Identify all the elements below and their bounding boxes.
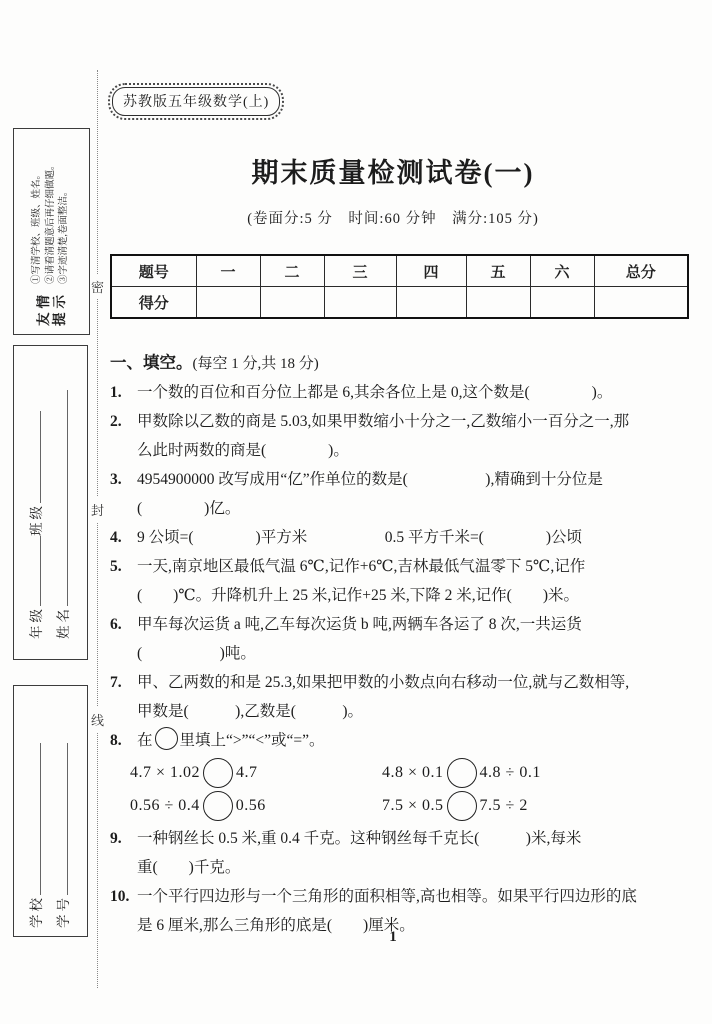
expression-left: 4.8 × 0.1 (382, 764, 444, 782)
blank-line (54, 743, 68, 895)
notice-items: ①写清学校、班级、姓名。 ②请看清题意后再仔细做题。 ③字迹清楚,卷面整洁。 (31, 160, 72, 284)
header-question-no: 题号 (111, 255, 196, 287)
question-text: ( )亿。 (137, 500, 240, 517)
name-row: 姓名 (50, 346, 77, 639)
score-cell (594, 287, 688, 319)
question-8: 8.在里填上“>”“<”或“=”。 4.7 × 1.024.7 4.8 × 0.… (110, 726, 678, 822)
fill-in-blanks-section: 一、填空。(每空 1 分,共 18 分) 1.一个数的百位和百分位上都是 6,其… (110, 348, 678, 940)
student-info-box: 年级班级 姓名 (13, 345, 88, 660)
edition-badge: 苏教版五年级数学(上) (112, 87, 280, 116)
header-section: 四 (396, 255, 466, 287)
header-total: 总分 (594, 255, 688, 287)
student-info-content: 年级班级 姓名 (14, 346, 87, 659)
score-cell (530, 287, 594, 319)
comparison-item: 4.7 × 1.024.7 (130, 756, 382, 789)
student-id-row: 学号 (50, 686, 77, 928)
score-cell (396, 287, 466, 319)
notice-label-line2: 提示 (52, 291, 68, 326)
page-number: 1 (110, 929, 676, 946)
circle-blank-icon (203, 791, 233, 821)
grade-class-row: 年级班级 (23, 346, 50, 639)
notice-item: ③字迹清楚,卷面整洁。 (58, 160, 72, 284)
score-cell (260, 287, 324, 319)
header-section: 六 (530, 255, 594, 287)
seal-char-mi: 密 (90, 274, 105, 299)
exam-page: { "badge": { "label": "苏教版五年级数学(上)" }, "… (0, 0, 712, 1024)
seal-dotted-line (97, 70, 98, 988)
school-row: 学校 (23, 686, 50, 928)
question-text: 甲数是( ),乙数是( )。 (137, 703, 363, 720)
question-6: 6.甲车每次运货 a 吨,乙车每次运货 b 吨,两辆车各运了 8 次,一共运货 … (110, 610, 678, 668)
score-row-label: 得分 (111, 287, 196, 319)
question-text: ( )℃。升降机升上 25 米,记作+25 米,下降 2 米,记作( )米。 (137, 587, 579, 604)
expression-right: 7.5 ÷ 2 (480, 797, 528, 815)
question-text: 一个平行四边形与一个三角形的面积相等,高也相等。如果平行四边形的底 (137, 888, 637, 905)
school-label: 学校 (29, 895, 44, 928)
question-number: 6. (110, 610, 137, 639)
circle-blank-icon (447, 758, 477, 788)
section-heading-title: 一、填空。 (110, 354, 193, 372)
header-section: 一 (196, 255, 260, 287)
question-number: 8. (110, 726, 137, 755)
question-text: 4954900000 改写成用“亿”作单位的数是( ),精确到十分位是 (137, 471, 603, 488)
comparison-item: 7.5 × 0.57.5 ÷ 2 (382, 789, 678, 822)
question-9: 9.一种钢丝长 0.5 米,重 0.4 千克。这种钢丝每千克长( )米,每米 重… (110, 824, 678, 882)
question-text: 9 公顷=( )平方米 0.5 平方千米=( )公顷 (137, 529, 582, 546)
score-cell (196, 287, 260, 319)
paper-subtitle: (卷面分:5 分 时间:60 分钟 满分:105 分) (110, 207, 676, 228)
header-section: 五 (466, 255, 530, 287)
expression-left: 7.5 × 0.5 (382, 797, 444, 815)
question-7: 7.甲、乙两数的和是 25.3,如果把甲数的小数点向右移动一位,就与乙数相等, … (110, 668, 678, 726)
expression-right: 4.8 ÷ 0.1 (480, 764, 541, 782)
question-text: ( )吨。 (137, 645, 256, 662)
question-number: 5. (110, 552, 137, 581)
comparison-item: 0.56 ÷ 0.40.56 (130, 789, 382, 822)
notice-box: 友情 提示 ①写清学校、班级、姓名。 ②请看清题意后再仔细做题。 ③字迹清楚,卷… (13, 128, 90, 335)
score-cell (324, 287, 396, 319)
header-section: 二 (260, 255, 324, 287)
circle-blank-icon (155, 727, 178, 750)
circle-blank-icon (203, 758, 233, 788)
school-info-content: 学校 学号 (14, 686, 87, 936)
question-5: 5.一天,南京地区最低气温 6℃,记作+6℃,吉林最低气温零下 5℃,记作 ( … (110, 552, 678, 610)
name-label: 姓名 (56, 606, 71, 639)
question-text: 一个数的百位和百分位上都是 6,其余各位上是 0,这个数是( )。 (137, 384, 612, 401)
comparison-grid: 4.7 × 1.024.7 4.8 × 0.14.8 ÷ 0.1 0.56 ÷ … (110, 756, 678, 822)
question-1: 1.一个数的百位和百分位上都是 6,其余各位上是 0,这个数是( )。 (110, 378, 678, 407)
question-text: 重( )千克。 (137, 859, 240, 876)
question-text: 甲数除以乙数的商是 5.03,如果甲数缩小十分之一,乙数缩小一百分之一,那 (137, 413, 629, 430)
school-info-box: 学校 学号 (13, 685, 88, 937)
notice-label: 友情 提示 (36, 291, 68, 326)
question-number: 9. (110, 824, 137, 853)
notice-item: ①写清学校、班级、姓名。 (31, 160, 45, 284)
score-table: 题号 一 二 三 四 五 六 总分 得分 (110, 254, 689, 319)
seal-char-feng: 封 (90, 497, 105, 522)
score-table-score-row: 得分 (111, 287, 688, 319)
expression-left: 0.56 ÷ 0.4 (130, 797, 200, 815)
notice-label-line1: 友情 (36, 291, 52, 326)
comparison-item: 4.8 × 0.14.8 ÷ 0.1 (382, 756, 678, 789)
question-number: 3. (110, 465, 137, 494)
blank-line (27, 536, 41, 606)
question-text: 甲车每次运货 a 吨,乙车每次运货 b 吨,两辆车各运了 8 次,一共运货 (137, 616, 582, 633)
question-3: 3.4954900000 改写成用“亿”作单位的数是( ),精确到十分位是 ( … (110, 465, 678, 523)
question-text: 一天,南京地区最低气温 6℃,记作+6℃,吉林最低气温零下 5℃,记作 (137, 558, 585, 575)
question-text: 么此时两数的商是( )。 (137, 442, 349, 459)
question-number: 10. (110, 882, 137, 911)
paper-title: 期末质量检测试卷(一) (110, 151, 676, 190)
notice-box-content: 友情 提示 ①写清学校、班级、姓名。 ②请看清题意后再仔细做题。 ③字迹清楚,卷… (14, 129, 89, 334)
question-number: 2. (110, 407, 137, 436)
student-id-label: 学号 (56, 895, 71, 928)
header-section: 三 (324, 255, 396, 287)
blank-line (54, 390, 68, 606)
section-heading-note: (每空 1 分,共 18 分) (193, 356, 319, 372)
class-label: 班级 (29, 503, 44, 536)
seal-char-xian: 线 (90, 707, 105, 732)
question-number: 7. (110, 668, 137, 697)
expression-right: 0.56 (236, 797, 266, 815)
blank-line (27, 411, 41, 503)
question-4: 4.9 公顷=( )平方米 0.5 平方千米=( )公顷 (110, 523, 678, 552)
expression-left: 4.7 × 1.02 (130, 764, 200, 782)
question-text: 在 (137, 732, 153, 749)
question-number: 4. (110, 523, 137, 552)
expression-right: 4.7 (236, 764, 258, 782)
question-text: 一种钢丝长 0.5 米,重 0.4 千克。这种钢丝每千克长( )米,每米 (137, 830, 581, 847)
question-text: 甲、乙两数的和是 25.3,如果把甲数的小数点向右移动一位,就与乙数相等, (137, 674, 629, 691)
question-2: 2.甲数除以乙数的商是 5.03,如果甲数缩小十分之一,乙数缩小一百分之一,那 … (110, 407, 678, 465)
grade-label: 年级 (29, 606, 44, 639)
notice-item: ②请看清题意后再仔细做题。 (45, 160, 59, 284)
circle-blank-icon (447, 791, 477, 821)
section-heading: 一、填空。(每空 1 分,共 18 分) (110, 348, 678, 378)
question-text: 里填上“>”“<”或“=”。 (180, 732, 325, 749)
score-table-header-row: 题号 一 二 三 四 五 六 总分 (111, 255, 688, 287)
score-cell (466, 287, 530, 319)
question-number: 1. (110, 378, 137, 407)
blank-line (27, 743, 41, 895)
